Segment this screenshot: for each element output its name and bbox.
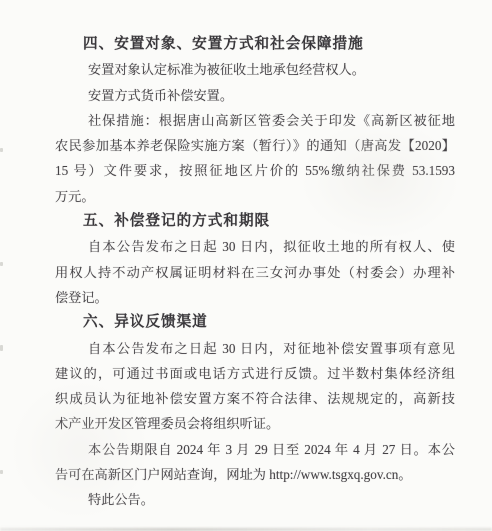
body-line: 偿登记。 <box>55 285 455 310</box>
body-line: 用权人持不动产权属证明材料在三女河办事处（村委会）办理补 <box>55 260 455 285</box>
heading-section-5: 五、补偿登记的方式和期限 <box>55 209 455 234</box>
body-line: 建议的，可通过书面或电话方式进行反馈。过半数村集体经济组 <box>55 361 455 386</box>
scan-speck <box>0 470 3 474</box>
body-line: 安置对象认定标准为被征收土地承包经营权人。 <box>55 57 455 82</box>
scan-speck <box>0 345 3 351</box>
closing-line: 特此公告。 <box>55 487 455 512</box>
heading-section-6: 六、异议反馈渠道 <box>55 310 455 335</box>
heading-section-4: 四、安置对象、安置方式和社会保障措施 <box>55 32 455 57</box>
body-line: 自本公告发布之日起 30 日内，拟征收土地的所有权人、使 <box>55 234 455 259</box>
body-line: 告可在高新区门户网站查询，网址为 http://www.tsgxq.gov.cn… <box>55 462 455 487</box>
scanned-announcement-page: 四、安置对象、安置方式和社会保障措施 安置对象认定标准为被征收土地承包经营权人。… <box>0 0 492 531</box>
scan-speck <box>0 148 3 152</box>
announcement-body: 四、安置对象、安置方式和社会保障措施 安置对象认定标准为被征收土地承包经营权人。… <box>55 32 455 513</box>
body-line: 15 号）文件要求，按照征地区片价的 55%缴纳社保费 53.1593 <box>55 158 455 183</box>
body-line: 社保措施：根据唐山高新区管委会关于印发《高新区被征地 <box>55 108 455 133</box>
body-line: 织成员认为征地补偿安置方案不符合法律、法规规定的，高新技 <box>55 386 455 411</box>
body-line: 自本公告发布之日起 30 日内，对征地补偿安置事项有意见 <box>55 336 455 361</box>
body-line: 本公告期限自 2024 年 3 月 29 日至 2024 年 4 月 27 日。… <box>55 437 455 462</box>
body-line: 安置方式货币补偿安置。 <box>55 83 455 108</box>
body-line: 农民参加基本养老保险实施方案（暂行）》的通知（唐高发【2020】 <box>55 133 455 158</box>
scan-speck <box>0 262 3 266</box>
body-line: 万元。 <box>55 184 455 209</box>
body-line: 术产业开发区管理委员会将组织听证。 <box>55 411 455 436</box>
